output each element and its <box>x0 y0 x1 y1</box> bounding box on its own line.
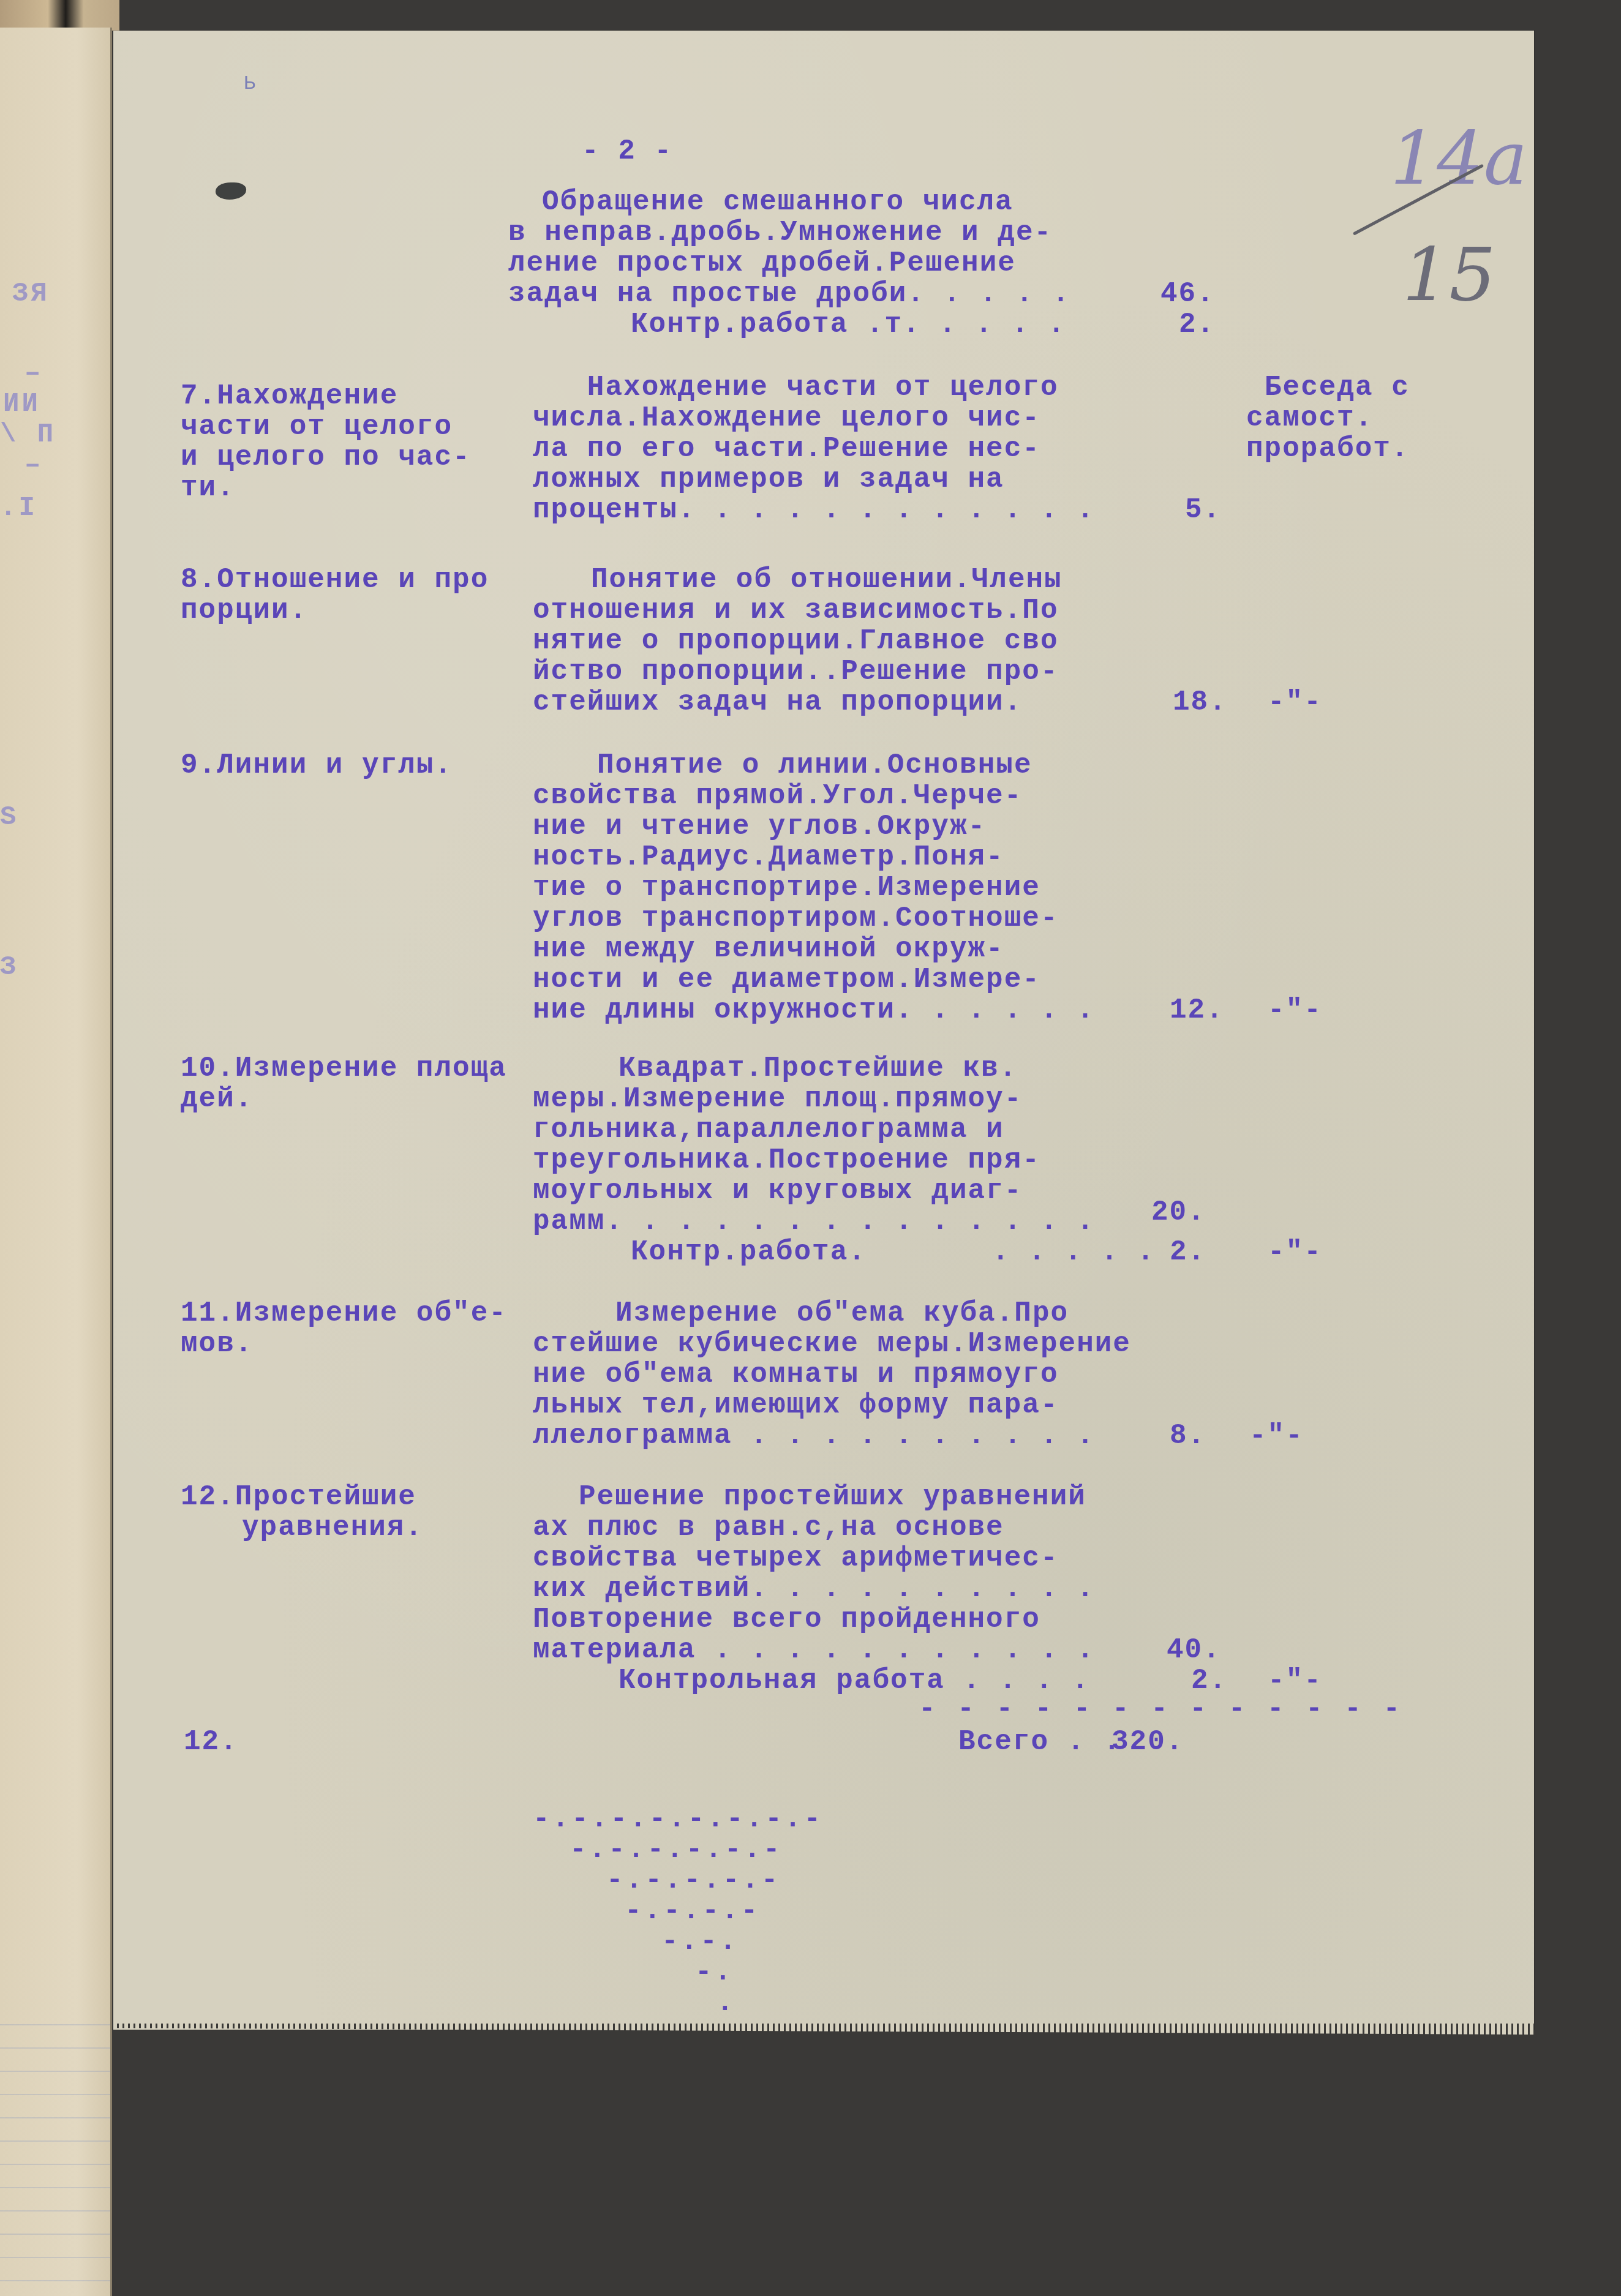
section-title: 7.Нахождение <box>181 381 398 411</box>
control-work-hours: 2. <box>1170 1237 1206 1267</box>
content-line: меры.Измерение площ.прямоу- <box>533 1084 1022 1114</box>
content-line: в неправ.дробь.Умножение и де- <box>508 217 1052 248</box>
control-work-label: Контр.работа. <box>631 1237 867 1267</box>
hours-value: 20. <box>1151 1197 1206 1228</box>
ditto-mark: -"- <box>1268 1665 1322 1696</box>
content-line: Измерение об"ема куба.Про <box>615 1298 1069 1329</box>
content-line: ности и ее диаметром.Измере- <box>533 964 1040 995</box>
content-line: ление простых дробей.Решение <box>508 248 1016 279</box>
left-fragment: \ П <box>0 419 56 450</box>
content-line: тие о транспортире.Измерение <box>533 872 1040 903</box>
content-line: рамм. . . . . . . . . . . . . . <box>533 1206 1095 1237</box>
left-fragment: ИИ <box>3 389 40 419</box>
page-number: - 2 - <box>582 136 672 167</box>
section-title: ти. <box>181 473 235 503</box>
content-line: ние об"ема комнаты и прямоуго <box>533 1359 1059 1390</box>
content-line: треугольника.Построение пря- <box>533 1145 1040 1176</box>
content-line: проценты. . . . . . . . . . . . <box>533 495 1095 525</box>
ditto-mark: -"- <box>1268 687 1322 718</box>
note-line: Беседа с <box>1265 372 1410 403</box>
note-line: проработ. <box>1246 433 1409 464</box>
ditto-mark: -"- <box>1249 1420 1304 1451</box>
content-line: углов транспортиром.Соотноше- <box>533 903 1059 934</box>
leader-dots: . . . . . <box>992 1237 1155 1267</box>
content-line: ллелограмма . . . . . . . . . . <box>533 1420 1095 1451</box>
section-title: 12.Простейшие <box>181 1482 416 1512</box>
hours-value: 5. <box>1185 495 1221 525</box>
hours-value: 12. <box>1170 995 1224 1026</box>
section-title: мов. <box>181 1329 253 1359</box>
total-label: Всего . . <box>958 1727 1121 1757</box>
folio-number-crossed: 14а <box>1390 116 1527 201</box>
ruled-lines <box>0 2002 110 2296</box>
content-line: нятие о пропорции.Главное сво <box>533 626 1059 656</box>
content-line: ние между величиной окруж- <box>533 934 1004 964</box>
control-work-hours: 2. <box>1191 1665 1227 1696</box>
section-title: части от целого <box>181 411 453 442</box>
content-line: ла по его части.Решение нес- <box>533 433 1040 464</box>
content-line: Решение простейших уравнений <box>579 1482 1086 1512</box>
content-line: стейшие кубические меры.Измерение <box>533 1329 1131 1359</box>
ornament-row: -.-. <box>661 1926 739 1957</box>
ornament-row: -.-.-.-.-.- <box>570 1834 783 1866</box>
content-line: ность.Радиус.Диаметр.Поня- <box>533 842 1004 872</box>
left-fragment: – <box>24 358 43 389</box>
content-line: ких действий. . . . . . . . . . <box>533 1574 1095 1604</box>
content-line: задач на простые дроби. . . . . <box>508 279 1070 309</box>
content-line: числа.Нахождение целого чис- <box>533 403 1040 433</box>
top-mark: Ь <box>244 72 255 95</box>
control-work-label: Контрольная работа . . . . <box>619 1665 1090 1696</box>
torn-binding <box>0 0 119 31</box>
ornament-row: -.-.-.-.- <box>606 1864 780 1896</box>
content-line: ах плюс в равн.с,на основе <box>533 1512 1004 1543</box>
hours-value: 40. <box>1167 1635 1221 1665</box>
content-line: отношения и их зависимость.По <box>533 595 1059 626</box>
section-title: 8.Отношение и про <box>181 565 489 595</box>
ornament-row: -.-.-.- <box>625 1895 760 1927</box>
section-count: 12. <box>184 1727 238 1757</box>
content-line: Понятие о линии.Основные <box>597 750 1032 781</box>
folio-number: 15 <box>1402 233 1496 318</box>
content-line: йство пропорции..Решение про- <box>533 656 1059 687</box>
content-line: гольника,параллелограмма и <box>533 1114 1004 1145</box>
left-fragment: S <box>0 802 18 833</box>
section-title: 9.Линии и углы. <box>181 750 453 781</box>
section-title: 10.Измерение площа <box>181 1053 507 1084</box>
ditto-mark: -"- <box>1268 1237 1322 1267</box>
left-fragment: З <box>0 952 18 983</box>
content-line: льных тел,имеющих форму пара- <box>533 1390 1059 1420</box>
content-line: свойства четырех арифметичес- <box>533 1543 1059 1574</box>
content-line: ние и чтение углов.Окруж- <box>533 811 986 842</box>
section-title: дей. <box>181 1084 253 1114</box>
section-title: уравнения. <box>242 1512 423 1543</box>
ornament-row: . <box>716 1987 736 2019</box>
left-fragment: – <box>24 450 43 481</box>
hours-value: 8. <box>1170 1420 1206 1451</box>
content-line: Обращение смешанного числа <box>542 187 1014 217</box>
control-work-hours: 2. <box>1179 309 1215 340</box>
note-line: самост. <box>1246 403 1373 433</box>
content-line: Квадрат.Простейшие кв. <box>619 1053 1017 1084</box>
adjacent-page-edge: ЗЯ – ИИ \ П – .I S З <box>0 28 112 2296</box>
content-line: моугольных и круговых диаг- <box>533 1176 1022 1206</box>
section-title: и целого по час- <box>181 442 471 473</box>
section-title: 11.Измерение об"е- <box>181 1298 507 1329</box>
left-fragment: .I <box>0 493 37 523</box>
content-line: Понятие об отношении.Члены <box>591 565 1062 595</box>
left-fragment: ЗЯ <box>12 279 50 309</box>
ornament-row: -. <box>695 1956 734 1988</box>
hours-value: 46. <box>1160 279 1215 309</box>
section-title: порции. <box>181 595 307 626</box>
content-line: стейших задач на пропорции. <box>533 687 1022 718</box>
content-line: ние длины окружности. . . . . . <box>533 995 1095 1026</box>
hours-value: 18. <box>1173 687 1227 718</box>
content-line: материала . . . . . . . . . . . <box>533 1635 1095 1665</box>
ditto-mark: -"- <box>1268 995 1322 1026</box>
total-hours: 320. <box>1111 1727 1184 1757</box>
content-line: свойства прямой.Угол.Черче- <box>533 781 1022 811</box>
content-line: Повторение всего пройденного <box>533 1604 1040 1635</box>
ornament-row: -.-.-.-.-.-.-.- <box>533 1803 823 1835</box>
control-work-label: Контр.работа .т. . . . . <box>631 309 1066 340</box>
content-line: Нахождение части от целого <box>533 372 1059 403</box>
separator-line: - - - - - - - - - - - - - <box>919 1693 1402 1725</box>
content-line: ложных примеров и задач на <box>533 464 1004 495</box>
